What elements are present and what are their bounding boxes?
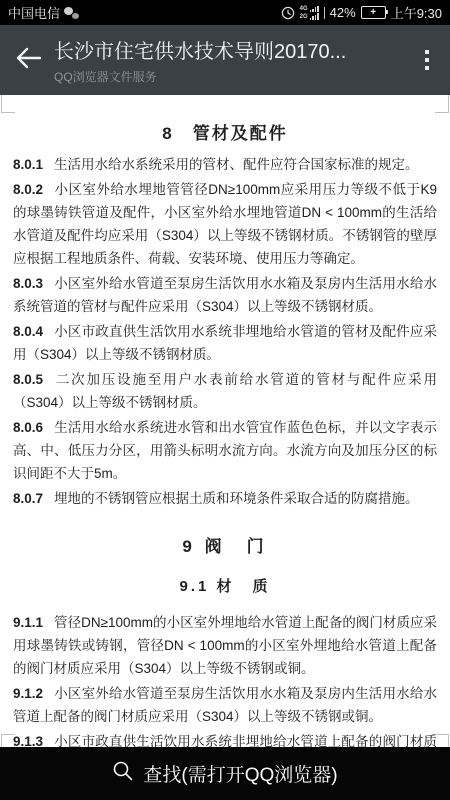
overflow-menu-button[interactable] <box>410 33 444 87</box>
overflow-menu-icon <box>425 50 429 54</box>
network-type-4g: 4G <box>300 6 308 12</box>
clock-time-label: 上午9:30 <box>391 3 442 22</box>
document-viewer[interactable]: 8 管材及配件 8.0.1生活用水给水系统采用的管材、配件应符合国家标准的规定。… <box>0 95 450 747</box>
page-corner-bottom-left <box>1 734 15 747</box>
clause-9-1-1: 9.1.1管径DN≥100mm的小区室外埋地给水管道上配备的阀门材质应采用球墨铸… <box>13 611 437 680</box>
section-9-1-subheading: 9.1 材 质 <box>13 575 437 596</box>
clause-8-0-7: 8.0.7埋地的不锈钢管应根据土质和环境条件采取合适的防腐措施。 <box>13 487 437 510</box>
alarm-clock-icon <box>281 6 295 20</box>
signal-bars-icon: 4G 2G <box>300 6 319 20</box>
page-corner-top-right <box>435 95 449 113</box>
page-corner-bottom-right <box>435 734 449 747</box>
clause-8-0-5: 8.0.5二次加压设施至用户水表前给水管道的管材与配件应采用（S304）以上等级… <box>13 368 437 414</box>
clause-8-0-6: 8.0.6生活用水给水系统进水管和出水管宜作蓝色色标，并以文字表示高、中、低压力… <box>13 416 437 485</box>
document-page: 8 管材及配件 8.0.1生活用水给水系统采用的管材、配件应符合国家标准的规定。… <box>0 95 450 747</box>
carrier-label: 中国电信 <box>8 3 60 22</box>
clause-8-0-1: 8.0.1生活用水给水系统采用的管材、配件应符合国家标准的规定。 <box>13 153 437 176</box>
title-block: 长沙市住宅供水技术导则20170... QQ浏览器文件服务 <box>54 35 410 85</box>
find-in-document-button[interactable]: 查找(需打开QQ浏览器) <box>0 747 450 800</box>
back-arrow-icon <box>15 47 41 74</box>
back-button[interactable] <box>6 33 50 87</box>
section-9-heading: 9 阀 门 <box>13 532 437 557</box>
status-bar: 中国电信 4G 2G 42% + 上午9:30 <box>0 0 450 25</box>
clause-8-0-2: 8.0.2小区室外给水埋地管管径DN≥100mm应采用压力等级不低于K9的球墨铸… <box>13 178 437 270</box>
clause-8-0-4: 8.0.4小区市政直供生活饮用水系统非埋地给水管道的管材及配件应采用（S304）… <box>13 320 437 366</box>
battery-icon: + <box>361 6 386 19</box>
network-type-2g: 2G <box>300 14 308 20</box>
page-subtitle: QQ浏览器文件服务 <box>54 68 410 85</box>
title-bar: 长沙市住宅供水技术导则20170... QQ浏览器文件服务 <box>0 25 450 95</box>
find-button-label: 查找(需打开QQ浏览器) <box>143 760 337 787</box>
section-8-heading: 8 管材及配件 <box>13 119 437 144</box>
clause-9-1-2: 9.1.2小区室外给水管道至泵房生活饮用水水箱及泵房内生活用水给水管道上配备的阀… <box>13 682 437 728</box>
clause-8-0-3: 8.0.3小区室外给水管道至泵房生活饮用水水箱及泵房内生活用水给水系统管道的管材… <box>13 272 437 318</box>
search-icon <box>112 760 134 787</box>
wechat-icon <box>64 7 79 19</box>
page-title: 长沙市住宅供水技术导则20170... <box>54 35 410 64</box>
page-corner-top-left <box>1 95 15 113</box>
status-divider <box>324 7 325 19</box>
battery-percent-label: 42% <box>330 5 356 20</box>
battery-charging-glyph: + <box>370 7 376 18</box>
clause-9-1-3: 9.1.3小区市政直供生活饮用水系统非埋地给水管道上配备的阀门材质应采用（S30… <box>13 730 437 747</box>
